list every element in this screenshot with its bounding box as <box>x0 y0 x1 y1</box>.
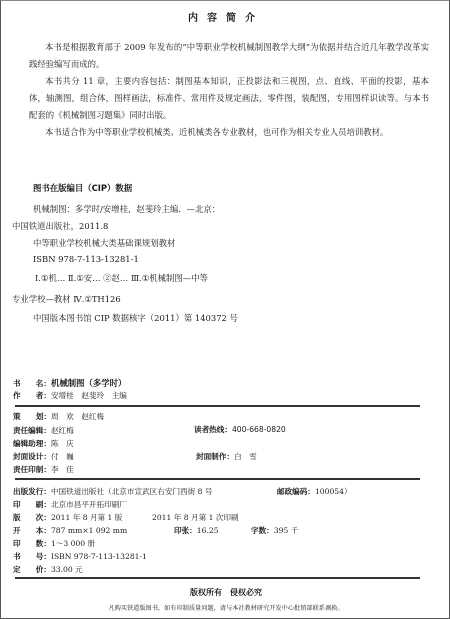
printer-label: 印 刷： <box>13 499 51 510</box>
format-label: 开 本： <box>13 525 51 536</box>
hotline-label: 读者热线： <box>194 424 232 435</box>
summary-paragraph: 本书共分 11 章，主要内容包括：制图基本知识，正投影法和三视图，点、直线、平面… <box>29 73 429 124</box>
editor-label: 责任编辑： <box>13 425 51 436</box>
cip-line: 机械制图：多学时/安增桂，赵斐玲主编．—北京： <box>33 203 220 215</box>
cip-line: 专业学校—教材 Ⅳ.①TH126 <box>12 293 121 305</box>
cover-make-row: 封面制作：白 雪 <box>196 451 257 462</box>
sheets-label: 印张： <box>174 525 197 536</box>
words-value: 395 千 <box>274 526 299 535</box>
cip-line: 中国版本图书馆 CIP 数据核字（2011）第 140372 号 <box>33 312 238 324</box>
cip-line: 中国铁道出版社，2011.8 <box>12 220 108 232</box>
cover-make-label: 封面制作： <box>196 451 234 462</box>
isbn-label: 书 号： <box>13 551 51 562</box>
assistant-value: 陈 庆 <box>51 439 74 448</box>
edition-label: 版 次： <box>13 512 51 523</box>
print-resp-label: 责任印制： <box>13 464 51 475</box>
edition-value: 2011 年 8 月第 1 版 <box>51 513 122 522</box>
copies-value: 1～3 000 册 <box>51 539 95 548</box>
hotline-value: 400-668-0820 <box>232 425 286 434</box>
author-value: 安增桂 赵斐玲 主编 <box>51 391 127 400</box>
copyright-page: 内容简介 本书是根据教育部于 2009 年发布的“中等职业学校机械制图教学大纲”… <box>0 0 450 619</box>
page-title: 内容简介 <box>1 9 450 24</box>
price-label: 定 价： <box>13 564 51 575</box>
words-row: 字数：395 千 <box>251 525 298 536</box>
cover-design-label: 封面设计： <box>13 451 51 462</box>
copies-label: 印 数： <box>13 538 51 549</box>
cip-line: Ⅰ.①机… Ⅱ.①安… ②赵… Ⅲ.①机械制图—中等 <box>35 272 208 284</box>
book-title-label: 书 名： <box>13 378 51 389</box>
isbn-row: 书 号：ISBN 978-7-113-13281-1 <box>13 551 147 562</box>
summary-paragraph: 本书适合作为中等职业学校机械类、近机械类各专业教材，也可作为相关专业人员培训教材… <box>29 124 429 141</box>
format-row: 开 本：787 mm×1 092 mm <box>13 525 127 536</box>
price-value: 33.00 元 <box>51 565 83 574</box>
isbn-value: ISBN 978-7-113-13281-1 <box>51 552 147 561</box>
printer-value: 北京市昌平开拓印刷厂 <box>51 500 127 509</box>
cover-make-value: 白 雪 <box>234 452 257 461</box>
words-label: 字数： <box>251 525 274 536</box>
divider <box>15 405 420 407</box>
divider <box>15 577 420 579</box>
price-row: 定 价：33.00 元 <box>13 564 83 575</box>
assistant-row: 编辑助理：陈 庆 <box>13 438 74 449</box>
sheets-row: 印张：16.25 <box>174 525 219 536</box>
planner-label: 策 划： <box>13 411 51 422</box>
editor-row: 责任编辑：赵红梅 <box>13 425 74 436</box>
copyright-notice: 版权所有 侵权必究 <box>1 587 450 598</box>
divider <box>15 478 420 480</box>
summary-paragraph: 本书是根据教育部于 2009 年发布的“中等职业学校机械制图教学大纲”为依据并结… <box>29 39 429 73</box>
copies-row: 印 数：1～3 000 册 <box>13 538 95 549</box>
publisher-value: 中国铁道出版社（北京市宣武区右安门西街 8 号 <box>51 487 213 496</box>
impression-value: 2011 年 8 月第 1 次印刷 <box>152 512 239 523</box>
assistant-label: 编辑助理： <box>13 438 51 449</box>
print-resp-row: 责任印制：李 佳 <box>13 464 74 475</box>
publisher-label: 出版发行： <box>13 486 51 497</box>
printer-row: 印 刷：北京市昌平开拓印刷厂 <box>13 499 127 510</box>
planner-value: 周 欢 赵红梅 <box>51 412 104 421</box>
postcode-value: 100054） <box>315 487 352 496</box>
planner-row: 策 划：周 欢 赵红梅 <box>13 411 104 422</box>
cover-design-row: 封面设计：付 巍 <box>13 451 74 462</box>
cip-heading: 图书在版编目（CIP）数据 <box>33 182 132 194</box>
editor-value: 赵红梅 <box>51 426 74 435</box>
postcode-label: 邮政编码： <box>277 486 315 497</box>
author-label: 作 者： <box>13 390 51 401</box>
book-title-value: 机械制图（多学时） <box>51 378 126 388</box>
postcode-row: 邮政编码：100054） <box>277 486 352 497</box>
sheets-value: 16.25 <box>197 526 219 535</box>
book-title-row: 书 名：机械制图（多学时） <box>13 377 126 389</box>
author-row: 作 者：安增桂 赵斐玲 主编 <box>13 390 127 401</box>
quality-note: 凡购买铁道版图书，如有印制质量问题，请与本社教材研究开发中心批销部联系调换。 <box>1 603 450 612</box>
cip-line: 中等职业学校机械大类基础课规划教材 <box>33 237 175 249</box>
edition-row: 版 次：2011 年 8 月第 1 版 <box>13 512 122 523</box>
cip-line: ISBN 978-7-113-13281-1 <box>33 254 139 264</box>
hotline-row: 读者热线：400-668-0820 <box>194 424 286 435</box>
summary-section: 本书是根据教育部于 2009 年发布的“中等职业学校机械制图教学大纲”为依据并结… <box>29 39 429 141</box>
publisher-row: 出版发行：中国铁道出版社（北京市宣武区右安门西街 8 号 <box>13 486 213 497</box>
print-resp-value: 李 佳 <box>51 465 74 474</box>
format-value: 787 mm×1 092 mm <box>51 526 127 535</box>
cover-design-value: 付 巍 <box>51 452 74 461</box>
